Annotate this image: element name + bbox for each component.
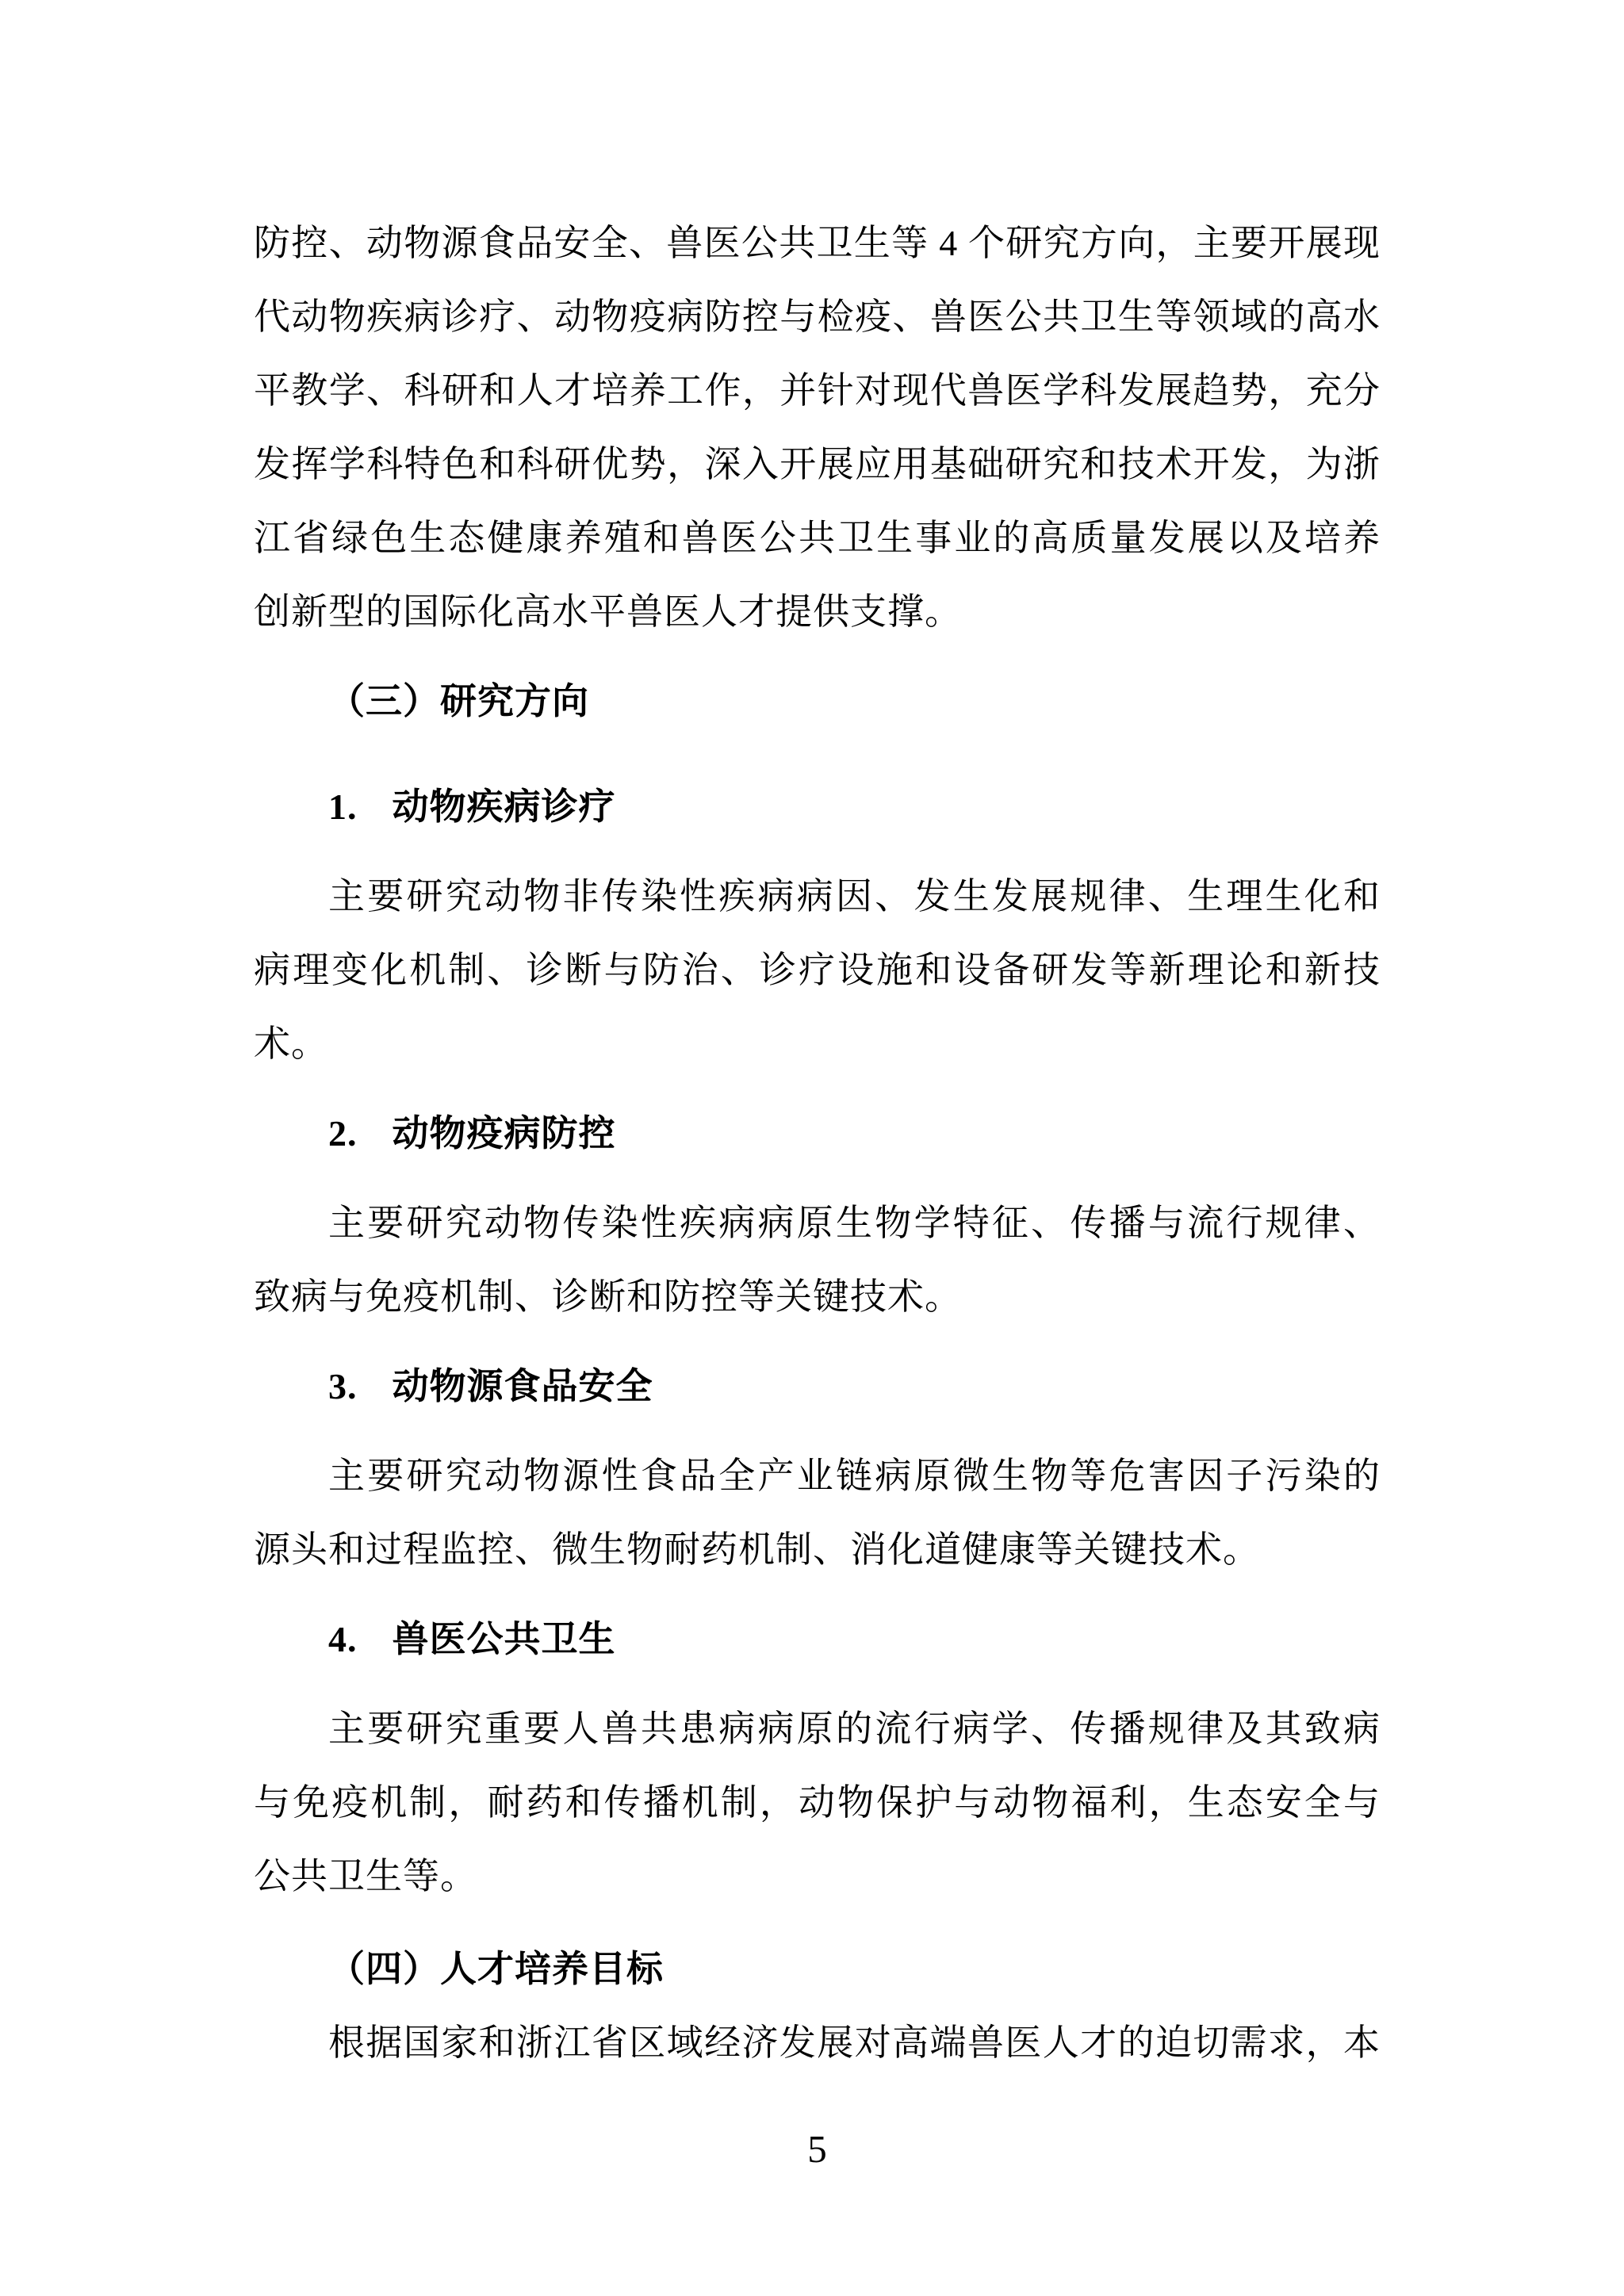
heading-number: 4. (328, 1602, 358, 1676)
heading-title: 研究方向 (440, 681, 589, 721)
section-heading-research-directions: （三）研究方向 (328, 649, 1381, 754)
heading-number: 3. (328, 1349, 358, 1423)
text-line: 江省绿色生态健康养殖和兽医公共卫生事业的高质量发展以及培养 (254, 501, 1381, 575)
heading-number: （三） (328, 664, 440, 738)
heading-number: 1. (328, 770, 358, 844)
section-heading-talent-goals: （四）人才培养目标 (328, 1913, 1381, 2006)
heading-number: （四） (328, 1932, 440, 2006)
text-line: 公共卫生等。 (254, 1839, 1381, 1913)
heading-title: 动物源食品安全 (393, 1366, 653, 1406)
heading-direction-4: 4.兽医公共卫生 (328, 1586, 1381, 1692)
paragraph-direction-4: 主要研究重要人兽共患病病原的流行病学、传播规律及其致病 与免疫机制，耐药和传播机… (254, 1692, 1381, 1913)
text-line: 术。 (254, 1007, 1381, 1081)
heading-direction-2: 2.动物疫病防控 (328, 1081, 1381, 1186)
heading-direction-1: 1.动物疾病诊疗 (328, 754, 1381, 859)
text-line: 根据国家和浙江省区域经济发展对高端兽医人才的迫切需求，本 (254, 2006, 1381, 2080)
heading-direction-3: 3.动物源食品安全 (328, 1334, 1381, 1439)
text-line: 发挥学科特色和科研优势，深入开展应用基础研究和技术开发，为浙 (254, 427, 1381, 501)
text-line: 致病与免疫机制、诊断和防控等关键技术。 (254, 1260, 1381, 1334)
text-line: 防控、动物源食品安全、兽医公共卫生等 4 个研究方向，主要开展现 (254, 206, 1381, 280)
page-body: 防控、动物源食品安全、兽医公共卫生等 4 个研究方向，主要开展现 代动物疾病诊疗… (254, 206, 1381, 2080)
text-line: 主要研究动物非传染性疾病病因、发生发展规律、生理生化和 (254, 859, 1381, 933)
heading-title: 兽医公共卫生 (393, 1619, 616, 1659)
text-line: 病理变化机制、诊断与防治、诊疗设施和设备研发等新理论和新技 (254, 933, 1381, 1007)
heading-number: 2. (328, 1096, 358, 1170)
heading-title: 动物疾病诊疗 (393, 786, 616, 827)
text-line: 主要研究动物传染性疾病病原生物学特征、传播与流行规律、 (254, 1186, 1381, 1260)
paragraph-direction-2: 主要研究动物传染性疾病病原生物学特征、传播与流行规律、 致病与免疫机制、诊断和防… (254, 1186, 1381, 1334)
text-line: 源头和过程监控、微生物耐药机制、消化道健康等关键技术。 (254, 1513, 1381, 1586)
document-page: 防控、动物源食品安全、兽医公共卫生等 4 个研究方向，主要开展现 代动物疾病诊疗… (0, 0, 1624, 2296)
page-number: 5 (254, 2112, 1381, 2186)
heading-title: 人才培养目标 (440, 1949, 664, 1989)
paragraph-direction-1: 主要研究动物非传染性疾病病因、发生发展规律、生理生化和 病理变化机制、诊断与防治… (254, 859, 1381, 1081)
paragraph-direction-3: 主要研究动物源性食品全产业链病原微生物等危害因子污染的 源头和过程监控、微生物耐… (254, 1439, 1381, 1586)
paragraph-talent-goals: 根据国家和浙江省区域经济发展对高端兽医人才的迫切需求，本 (254, 2006, 1381, 2080)
text-line: 与免疫机制，耐药和传播机制，动物保护与动物福利，生态安全与 (254, 1766, 1381, 1839)
text-line: 主要研究重要人兽共患病病原的流行病学、传播规律及其致病 (254, 1692, 1381, 1766)
paragraph-continuation: 防控、动物源食品安全、兽医公共卫生等 4 个研究方向，主要开展现 代动物疾病诊疗… (254, 206, 1381, 649)
text-line: 平教学、科研和人才培养工作，并针对现代兽医学科发展趋势，充分 (254, 354, 1381, 427)
heading-title: 动物疫病防控 (393, 1113, 616, 1154)
text-line: 创新型的国际化高水平兽医人才提供支撑。 (254, 575, 1381, 649)
text-line: 代动物疾病诊疗、动物疫病防控与检疫、兽医公共卫生等领域的高水 (254, 280, 1381, 354)
text-line: 主要研究动物源性食品全产业链病原微生物等危害因子污染的 (254, 1439, 1381, 1513)
